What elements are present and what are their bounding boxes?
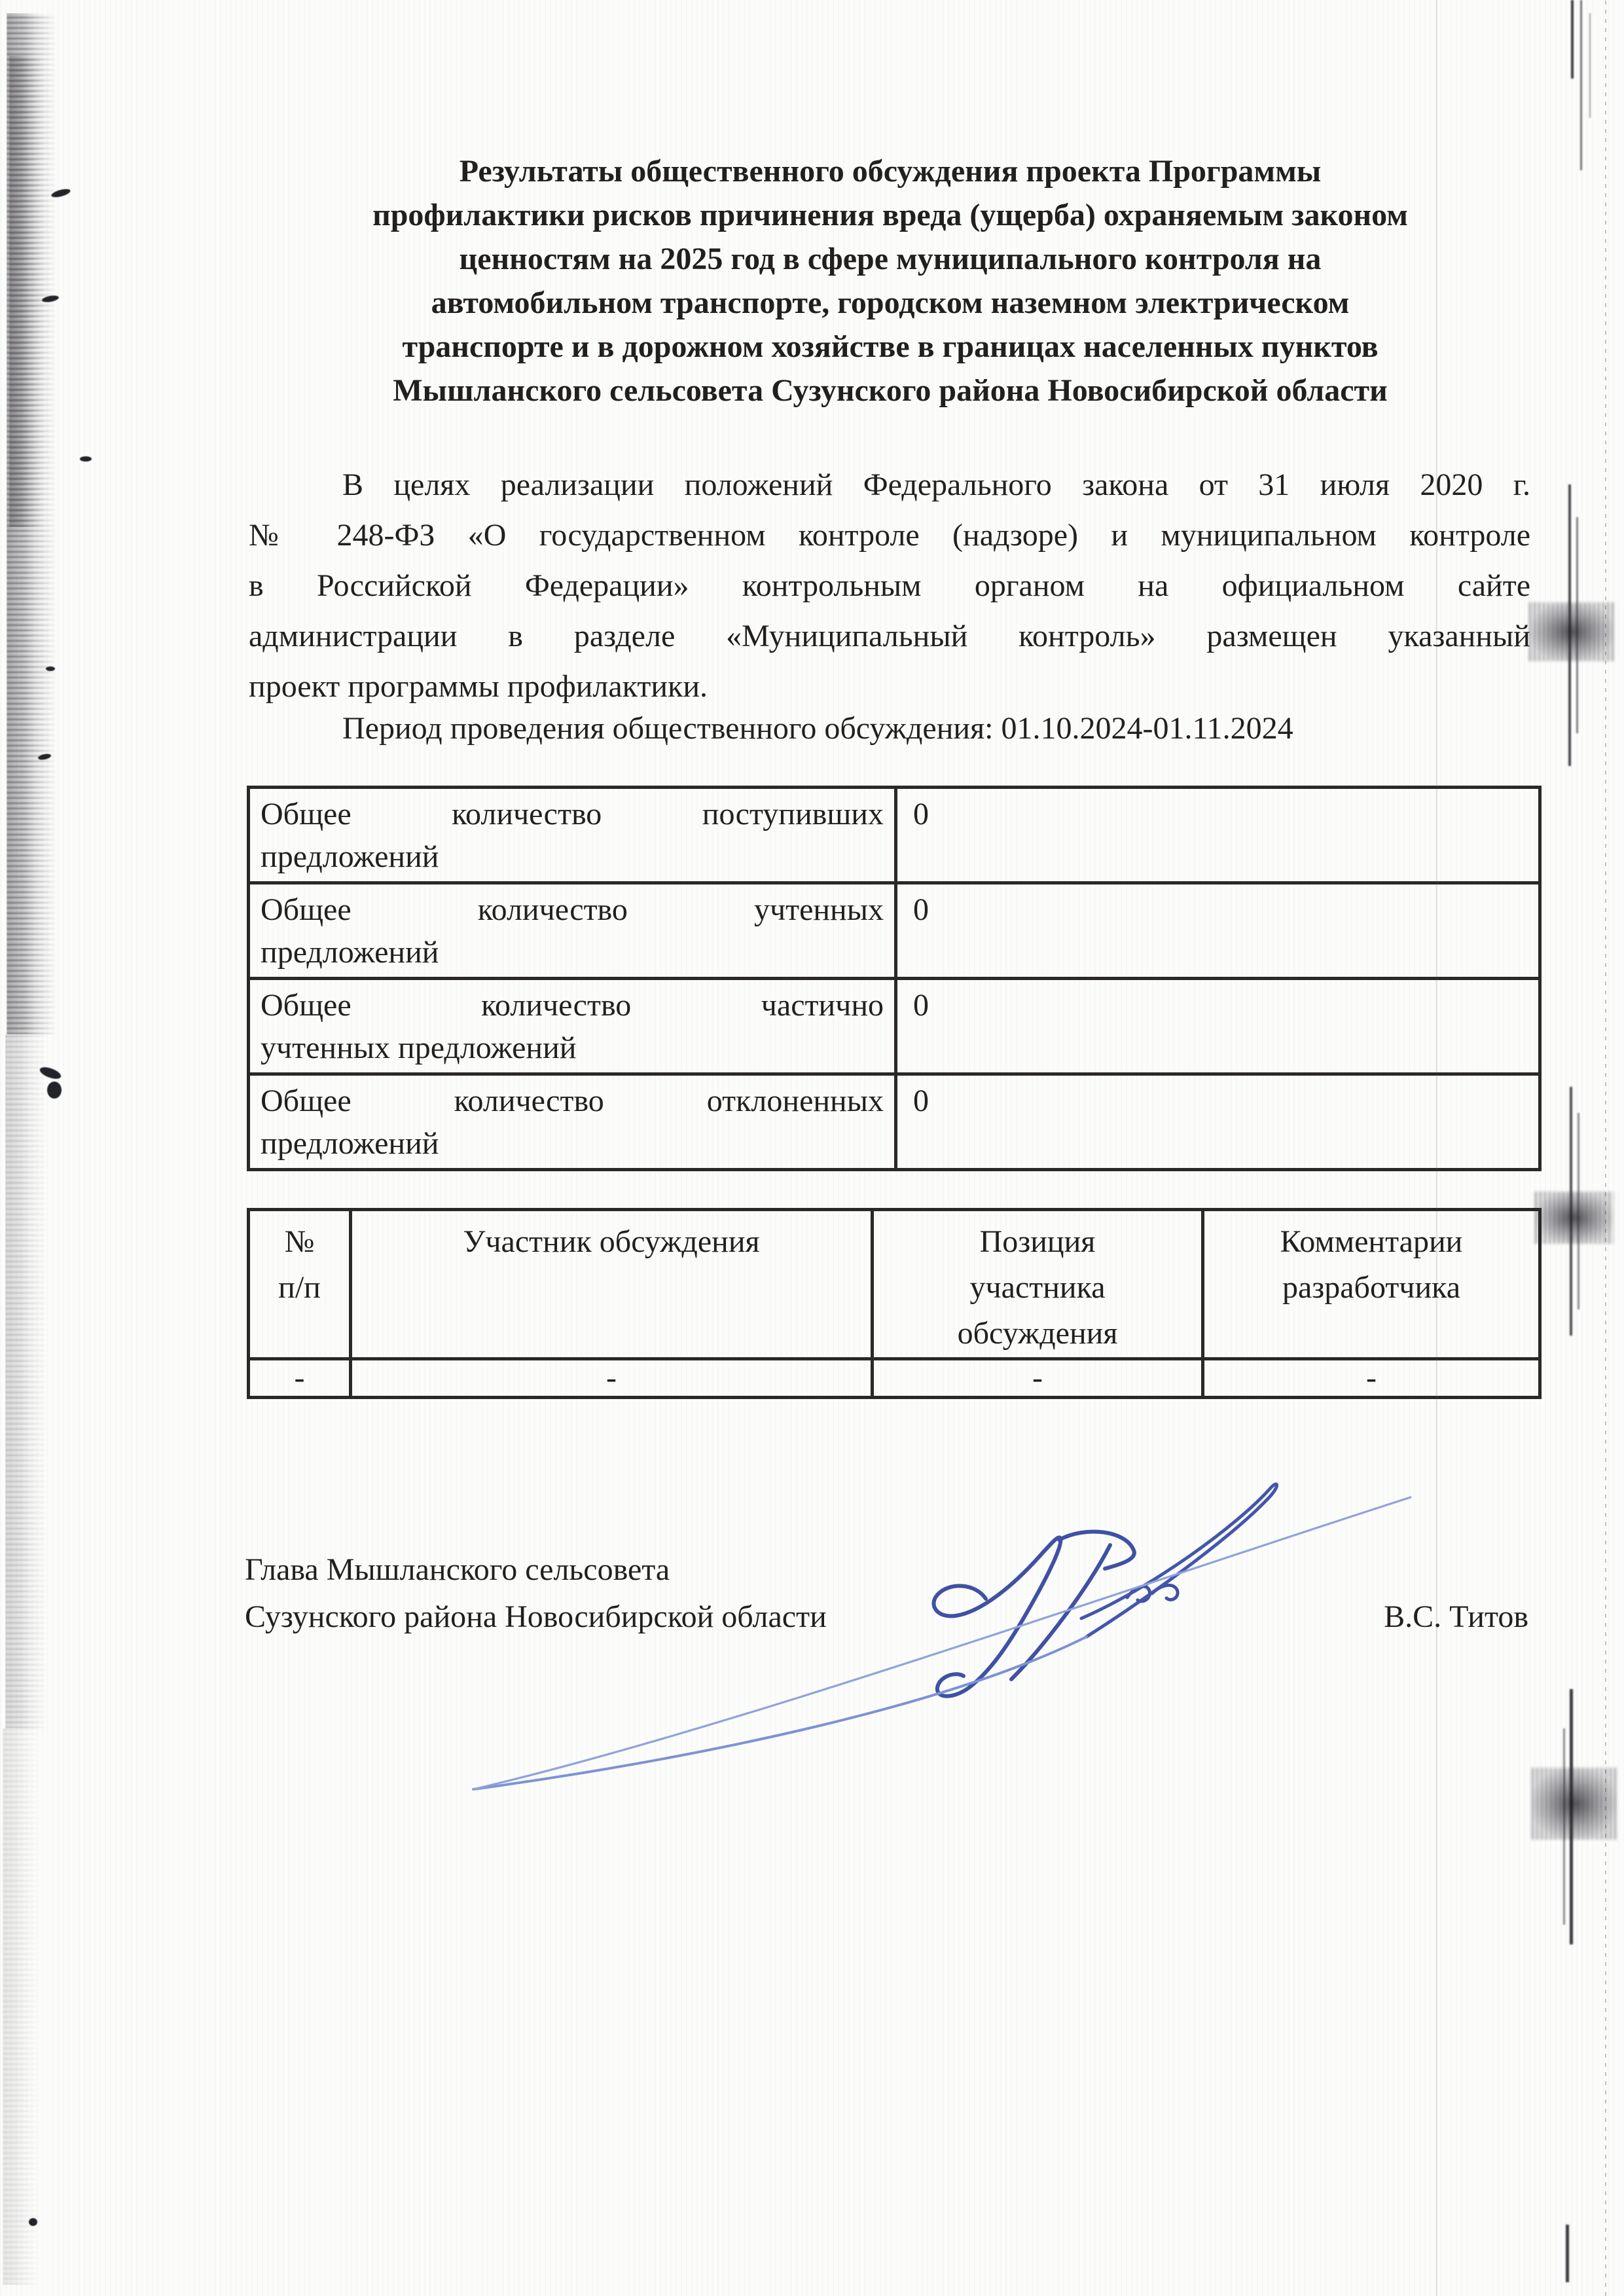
scan-artifact-streak	[1576, 517, 1578, 733]
summary-label: Общее количество отклоненных	[261, 1080, 884, 1122]
header-text: п/п	[251, 1265, 348, 1311]
paragraph-line: В целях реализации положений Федеральног…	[249, 460, 1530, 510]
scan-artifact-streak	[1566, 2225, 1569, 2282]
scan-artifact-streak	[1578, 1113, 1579, 1309]
scan-artifact-left-band-lower	[5, 1034, 48, 1728]
scan-artifact-streak	[1570, 1087, 1572, 1336]
scan-artifact-speck	[41, 295, 59, 303]
header-cell-number: № п/п	[249, 1210, 351, 1359]
scan-artifact-streak	[1570, 1689, 1573, 1944]
table-row: Общее количество учтенных предложений 0	[249, 883, 1540, 979]
scan-artifact-streak	[1563, 1728, 1565, 1925]
discussion-period-line: Период проведения общественного обсужден…	[249, 710, 1530, 746]
header-text: разработчика	[1205, 1265, 1538, 1311]
paragraph-line: № 248-ФЗ «О государственном контроле (на…	[249, 510, 1530, 560]
paragraph-line: в Российской Федерации» контрольным орга…	[249, 560, 1530, 611]
document-title: Результаты общественного обсуждения прое…	[249, 149, 1532, 412]
scan-artifact-blob	[1532, 1768, 1617, 1840]
summary-value-cell: 0	[896, 883, 1540, 979]
signatory-name: В.С. Титов	[247, 1597, 1528, 1637]
summary-label-cell: Общее количество учтенных предложений	[249, 883, 896, 979]
scanned-document-page: Результаты общественного обсуждения прое…	[0, 0, 1624, 2296]
intro-paragraph: В целях реализации положений Федеральног…	[249, 460, 1530, 712]
summary-label: учтенных предложений	[261, 1027, 884, 1069]
header-text: №	[251, 1219, 348, 1265]
summary-label: предложений	[261, 931, 884, 974]
summary-label-cell: Общее количество поступивших предложений	[249, 788, 896, 883]
scan-artifact-speck	[37, 753, 51, 761]
scan-artifact-blob	[1529, 602, 1614, 661]
scan-artifact-speck	[80, 456, 92, 462]
header-cell-participant: Участник обсуждения	[351, 1210, 873, 1359]
scan-artifact-squiggle	[47, 1082, 62, 1099]
table-row: - - - -	[249, 1359, 1540, 1398]
table-row: Общее количество частично учтенных предл…	[249, 979, 1540, 1074]
header-cell-position: Позиция участника обсуждения	[873, 1210, 1203, 1359]
scan-artifact-blob	[1535, 1192, 1614, 1244]
summary-label: Общее количество учтенных	[261, 888, 884, 931]
scan-artifact-streak	[1571, 0, 1574, 79]
empty-cell: -	[351, 1359, 873, 1398]
scan-artifact-speck	[50, 187, 71, 198]
summary-label: Общее количество частично	[261, 984, 884, 1027]
scan-artifact-squiggle	[39, 1065, 63, 1082]
empty-cell: -	[873, 1359, 1203, 1398]
title-line: профилактики рисков причинения вреда (ущ…	[249, 193, 1532, 237]
summary-value-cell: 0	[896, 979, 1540, 1074]
summary-label-cell: Общее количество отклоненных предложений	[249, 1074, 896, 1170]
title-line: Мышланского сельсовета Сузунского района…	[249, 369, 1532, 412]
participants-table: № п/п Участник обсуждения Позиция участн…	[247, 1208, 1542, 1399]
signatory-title-line: Глава Мышланского сельсовета	[245, 1550, 670, 1590]
header-text: Комментарии	[1205, 1219, 1538, 1265]
summary-label: предложений	[261, 835, 884, 878]
scan-artifact-streak	[1589, 13, 1591, 118]
proposals-summary-table: Общее количество поступивших предложений…	[247, 786, 1542, 1171]
empty-cell: -	[1203, 1359, 1540, 1398]
title-line: транспорте и в дорожном хозяйстве в гран…	[249, 325, 1532, 369]
scan-artifact-left-band	[7, 13, 58, 1034]
table-header-row: № п/п Участник обсуждения Позиция участн…	[249, 1210, 1540, 1359]
scan-artifact-speck	[29, 2218, 37, 2226]
empty-cell: -	[249, 1359, 351, 1398]
title-line: ценностям на 2025 год в сфере муниципаль…	[249, 237, 1532, 281]
paragraph-line: администрации в разделе «Муниципальный к…	[249, 611, 1530, 661]
scan-artifact-speck	[46, 666, 55, 671]
scan-artifact-streak	[1580, 0, 1582, 170]
header-cell-comments: Комментарии разработчика	[1203, 1210, 1540, 1359]
table-row: Общее количество поступивших предложений…	[249, 788, 1540, 883]
header-text: обсуждения	[875, 1311, 1200, 1357]
paragraph-line: проект программы профилактики.	[249, 661, 1530, 712]
summary-label: Общее количество поступивших	[261, 793, 884, 835]
table-row: Общее количество отклоненных предложений…	[249, 1074, 1540, 1170]
header-text: участника	[875, 1265, 1200, 1311]
scan-artifact-streak	[1568, 484, 1571, 766]
summary-label-cell: Общее количество частично учтенных предл…	[249, 979, 896, 1074]
scan-artifact-left-band-core	[9, 56, 43, 527]
summary-value-cell: 0	[896, 788, 1540, 883]
scan-artifact-left-band-bottom	[3, 1728, 41, 2285]
title-line: Результаты общественного обсуждения прое…	[249, 149, 1532, 193]
handwritten-signature	[367, 1447, 1453, 1866]
summary-label: предложений	[261, 1122, 884, 1165]
header-text: Участник обсуждения	[353, 1219, 870, 1265]
summary-value-cell: 0	[896, 1074, 1540, 1170]
header-text: Позиция	[875, 1219, 1200, 1265]
title-line: автомобильном транспорте, городском назе…	[249, 281, 1532, 325]
scan-artifact-dotted-line	[1605, 0, 1606, 2296]
